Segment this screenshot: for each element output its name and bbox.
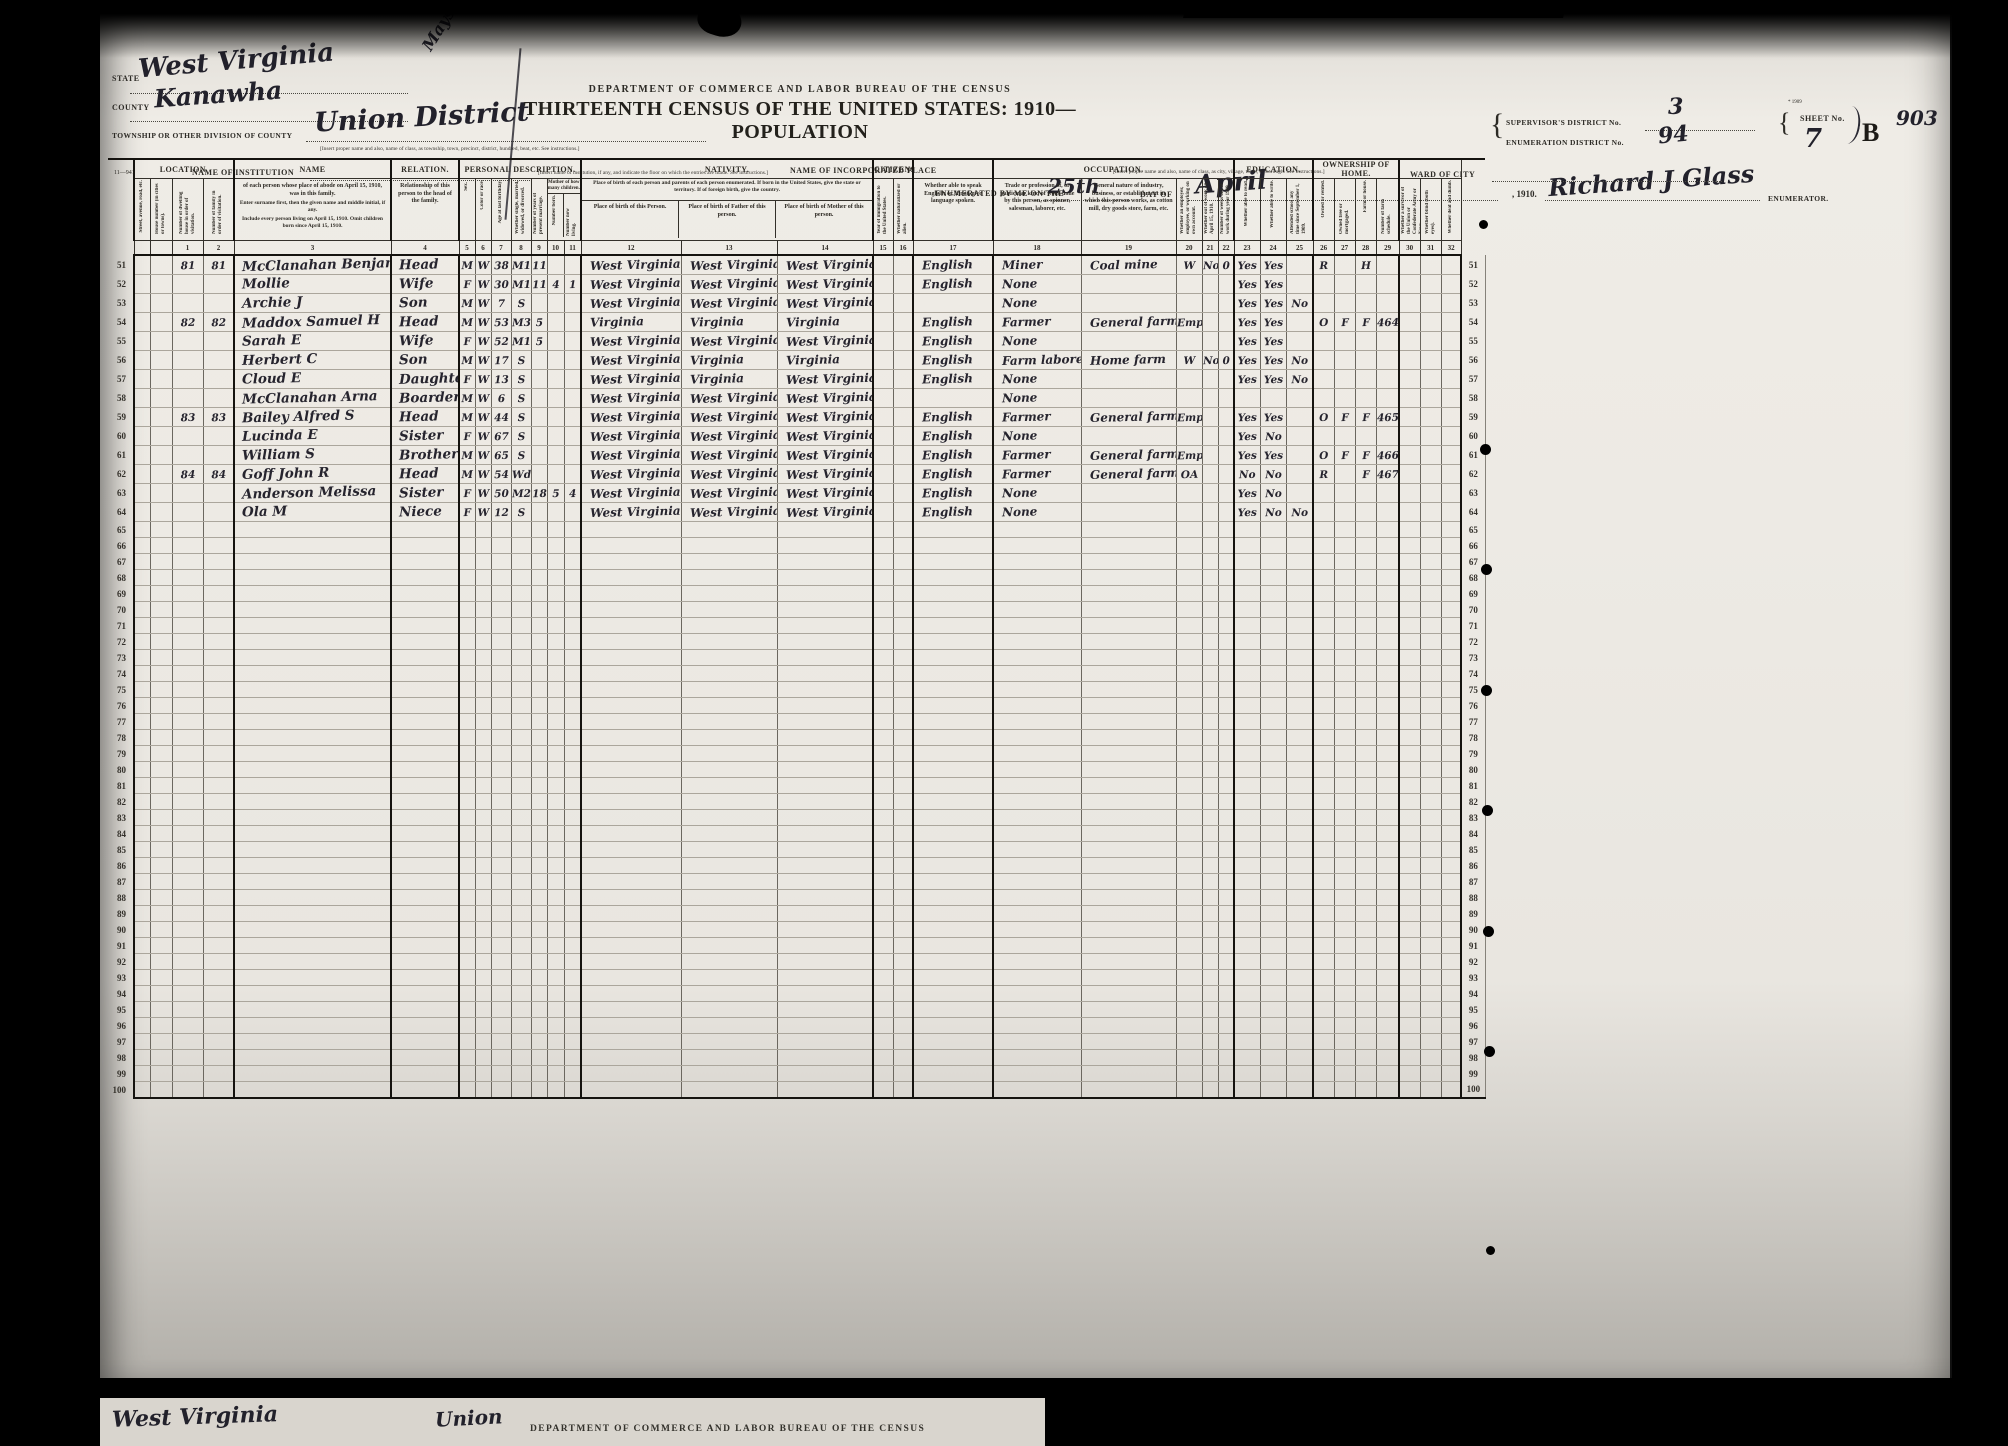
- cell-sex: M: [459, 446, 475, 465]
- cell-name: Cloud E: [234, 370, 391, 389]
- cell-out: [1202, 538, 1218, 554]
- cell-read: [1234, 1050, 1260, 1066]
- cell-dwelling: [172, 714, 203, 730]
- cell-years: [531, 351, 547, 370]
- cell-living: [564, 408, 581, 427]
- cell-born: [547, 666, 564, 682]
- cell-emp: [1176, 570, 1202, 586]
- cell-marital: [511, 1002, 531, 1018]
- cell-imm: [873, 666, 893, 682]
- cell-english: [913, 1050, 993, 1066]
- cell-industry: [1081, 858, 1176, 874]
- cell-pob: [581, 810, 681, 826]
- cell-owned: O: [1313, 408, 1334, 427]
- cell-trade: None: [993, 294, 1081, 313]
- cell-street: [134, 389, 150, 408]
- cell-color: [475, 586, 491, 602]
- handwritten-entry: 11: [531, 260, 546, 272]
- cell-emp: [1176, 842, 1202, 858]
- cell-relation: [391, 970, 459, 986]
- cell-dwelling: [172, 602, 203, 618]
- cell-blind: [1420, 938, 1441, 954]
- cell-years: [531, 890, 547, 906]
- cell-owned: [1313, 874, 1334, 890]
- cell-industry: [1081, 1050, 1176, 1066]
- cell-name: [234, 1034, 391, 1050]
- cell-fh: [1355, 938, 1376, 954]
- handwritten-entry: Home farm: [1081, 352, 1165, 368]
- cell-house: [150, 332, 172, 351]
- cell-street: [134, 970, 150, 986]
- cell-street: [134, 922, 150, 938]
- cell-blind: [1420, 666, 1441, 682]
- cell-relation: [391, 858, 459, 874]
- cell-read: Yes: [1234, 484, 1260, 503]
- cell-write: [1260, 954, 1286, 970]
- cell-imm: [873, 778, 893, 794]
- cell-deaf: [1441, 586, 1461, 602]
- handwritten-entry: English: [914, 352, 973, 368]
- cell-school: [1286, 634, 1313, 650]
- handwritten-entry: Head: [392, 465, 439, 482]
- cell-living: [564, 1066, 581, 1082]
- cell-family: [203, 389, 234, 408]
- cell-sex: [459, 922, 475, 938]
- cell-dwelling: 84: [172, 465, 203, 484]
- cell-deaf: [1441, 874, 1461, 890]
- cell-out: [1202, 1034, 1218, 1050]
- handwritten-entry: 466: [1376, 450, 1398, 463]
- cell-name: [234, 730, 391, 746]
- row-number-left: 75: [108, 682, 134, 698]
- column-head-relation: Relationship of this person to the head …: [391, 179, 459, 241]
- cell-out: [1202, 1050, 1218, 1066]
- cell-deaf: [1441, 650, 1461, 666]
- table-row: 100100: [108, 1082, 1485, 1099]
- cell-color: [475, 922, 491, 938]
- cell-industry: Coal mine: [1081, 255, 1176, 275]
- cell-free: [1334, 634, 1355, 650]
- cell-english: English: [913, 446, 993, 465]
- cell-pm: [777, 762, 873, 778]
- cell-sched: [1376, 922, 1399, 938]
- row-number-right: 89: [1461, 906, 1485, 922]
- row-number-right: 88: [1461, 890, 1485, 906]
- cell-weeks: [1218, 906, 1234, 922]
- cell-emp: [1176, 826, 1202, 842]
- row-number-left: 91: [108, 938, 134, 954]
- cell-pf: [681, 698, 777, 714]
- cell-nat: [893, 484, 913, 503]
- handwritten-entry: No: [1260, 507, 1285, 520]
- cell-pm: [777, 778, 873, 794]
- row-number-left: 80: [108, 762, 134, 778]
- handwritten-entry: W: [1176, 260, 1201, 273]
- cell-owned: [1313, 794, 1334, 810]
- cell-marital: S: [511, 294, 531, 313]
- cell-trade: [993, 890, 1081, 906]
- cell-family: [203, 427, 234, 446]
- handwritten-entry: F: [1334, 412, 1354, 425]
- cell-deaf: [1441, 522, 1461, 538]
- cell-living: [564, 970, 581, 986]
- film-edge-right: [1952, 0, 2008, 1446]
- cell-name: Mollie: [234, 275, 391, 294]
- cell-dwelling: [172, 970, 203, 986]
- cell-years: [531, 1034, 547, 1050]
- cell-nat: [893, 650, 913, 666]
- cell-weeks: [1218, 794, 1234, 810]
- cell-school: [1286, 446, 1313, 465]
- cell-street: [134, 351, 150, 370]
- table-row: 598383Bailey Alfred SHeadMW44SWest Virgi…: [108, 408, 1485, 427]
- cell-name: Herbert C: [234, 351, 391, 370]
- cell-imm: [873, 794, 893, 810]
- row-number-left: 89: [108, 906, 134, 922]
- cell-age: [491, 714, 511, 730]
- cell-born: 4: [547, 275, 564, 294]
- cell-living: [564, 465, 581, 484]
- handwritten-entry: W: [475, 374, 490, 386]
- cell-fh: [1355, 986, 1376, 1002]
- cell-emp: [1176, 730, 1202, 746]
- table-row: 6969: [108, 586, 1485, 602]
- cell-weeks: [1218, 522, 1234, 538]
- cell-read: Yes: [1234, 446, 1260, 465]
- cell-imm: [873, 746, 893, 762]
- cell-marital: S: [511, 446, 531, 465]
- cell-color: W: [475, 427, 491, 446]
- cell-born: [547, 954, 564, 970]
- cell-write: No: [1260, 465, 1286, 484]
- cell-deaf: [1441, 602, 1461, 618]
- cell-family: [203, 332, 234, 351]
- cell-owned: [1313, 602, 1334, 618]
- row-number-left: 97: [108, 1034, 134, 1050]
- cell-weeks: [1218, 922, 1234, 938]
- cell-relation: [391, 698, 459, 714]
- cell-blind: [1420, 1082, 1441, 1099]
- cell-pm: [777, 698, 873, 714]
- handwritten-entry: English: [914, 447, 973, 463]
- cell-sched: [1376, 986, 1399, 1002]
- cell-age: [491, 1050, 511, 1066]
- cell-read: [1234, 874, 1260, 890]
- cell-industry: [1081, 522, 1176, 538]
- handwritten-entry: West Virginia: [582, 352, 681, 369]
- cell-living: [564, 1018, 581, 1034]
- cell-age: [491, 1082, 511, 1099]
- cell-weeks: [1218, 313, 1234, 332]
- cell-out: [1202, 554, 1218, 570]
- cell-street: [134, 874, 150, 890]
- cell-industry: [1081, 778, 1176, 794]
- cell-age: 44: [491, 408, 511, 427]
- table-row: 7070: [108, 602, 1485, 618]
- row-number-left: 69: [108, 586, 134, 602]
- cell-years: [531, 618, 547, 634]
- cell-sex: F: [459, 275, 475, 294]
- cell-color: W: [475, 351, 491, 370]
- cell-trade: [993, 730, 1081, 746]
- cell-free: [1334, 602, 1355, 618]
- cell-house: [150, 1002, 172, 1018]
- cell-blind: [1420, 778, 1441, 794]
- cell-pob: [581, 730, 681, 746]
- cell-color: [475, 794, 491, 810]
- cell-street: [134, 427, 150, 446]
- cell-relation: [391, 730, 459, 746]
- cell-free: [1334, 842, 1355, 858]
- handwritten-entry: 4: [547, 279, 563, 291]
- cell-school: [1286, 255, 1313, 275]
- cell-nat: [893, 730, 913, 746]
- cell-english: [913, 794, 993, 810]
- cell-deaf: [1441, 427, 1461, 446]
- cell-house: [150, 522, 172, 538]
- column-head-sex: Sex.: [459, 179, 475, 241]
- column-number-blind: 31: [1420, 241, 1441, 256]
- film-streak: [1183, 0, 1567, 18]
- cell-relation: [391, 554, 459, 570]
- cell-relation: [391, 682, 459, 698]
- cell-blind: [1420, 255, 1441, 275]
- row-number-left: 86: [108, 858, 134, 874]
- cell-fh: F: [1355, 313, 1376, 332]
- cell-street: [134, 778, 150, 794]
- next-page-sliver: West Virginia Union DEPARTMENT OF COMMER…: [100, 1398, 1045, 1446]
- cell-emp: [1176, 389, 1202, 408]
- cell-name: Archie J: [234, 294, 391, 313]
- row-number-right: 92: [1461, 954, 1485, 970]
- cell-pob: West Virginia: [581, 503, 681, 522]
- cell-imm: [873, 1002, 893, 1018]
- cell-sched: [1376, 634, 1399, 650]
- cell-read: [1234, 1002, 1260, 1018]
- handwritten-entry: McClanahan Benjamin: [235, 255, 391, 275]
- cell-fh: [1355, 1034, 1376, 1050]
- supervisor-district-label: SUPERVISOR'S DISTRICT No.: [1506, 118, 1621, 127]
- column-number-sex: 5: [459, 241, 475, 256]
- cell-trade: [993, 618, 1081, 634]
- cell-fh: [1355, 906, 1376, 922]
- cell-read: Yes: [1234, 313, 1260, 332]
- cell-sched: [1376, 294, 1399, 313]
- cell-pm: West Virginia: [777, 446, 873, 465]
- cell-street: [134, 538, 150, 554]
- cell-war: [1399, 570, 1420, 586]
- cell-deaf: [1441, 503, 1461, 522]
- cell-pf: [681, 810, 777, 826]
- cell-sched: [1376, 586, 1399, 602]
- cell-color: [475, 682, 491, 698]
- cell-owned: [1313, 503, 1334, 522]
- cell-sex: [459, 634, 475, 650]
- cell-read: [1234, 586, 1260, 602]
- cell-pf: [681, 746, 777, 762]
- cell-weeks: [1218, 1018, 1234, 1034]
- cell-name: [234, 1018, 391, 1034]
- cell-war: [1399, 465, 1420, 484]
- cell-war: [1399, 874, 1420, 890]
- handwritten-entry: West Virginia: [582, 295, 681, 312]
- cell-living: [564, 522, 581, 538]
- cell-name: [234, 1082, 391, 1099]
- cell-born: [547, 826, 564, 842]
- table-row: 8080: [108, 762, 1485, 778]
- handwritten-entry: 52: [491, 336, 510, 348]
- cell-english: [913, 1066, 993, 1082]
- cell-living: [564, 682, 581, 698]
- cell-imm: [873, 938, 893, 954]
- row-number-left: 58: [108, 389, 134, 408]
- cell-emp: [1176, 682, 1202, 698]
- handwritten-entry: Yes: [1260, 374, 1285, 387]
- cell-nat: [893, 938, 913, 954]
- cell-family: [203, 618, 234, 634]
- cell-dwelling: [172, 922, 203, 938]
- cell-deaf: [1441, 922, 1461, 938]
- cell-age: [491, 1002, 511, 1018]
- cell-free: [1334, 427, 1355, 446]
- cell-name: [234, 794, 391, 810]
- film-dot: [1481, 564, 1492, 575]
- cell-marital: [511, 1050, 531, 1066]
- table-row: 7373: [108, 650, 1485, 666]
- cell-born: [547, 794, 564, 810]
- cell-years: [531, 730, 547, 746]
- cell-fh: [1355, 538, 1376, 554]
- cell-blind: [1420, 698, 1441, 714]
- cell-pm: [777, 554, 873, 570]
- handwritten-entry: Yes: [1235, 431, 1260, 444]
- cell-dwelling: [172, 484, 203, 503]
- cell-weeks: [1218, 618, 1234, 634]
- cell-deaf: [1441, 446, 1461, 465]
- handwritten-entry: M1: [511, 279, 530, 291]
- cell-war: [1399, 389, 1420, 408]
- cell-deaf: [1441, 906, 1461, 922]
- cell-color: [475, 602, 491, 618]
- cell-trade: Miner: [993, 255, 1081, 275]
- cell-read: [1234, 389, 1260, 408]
- cell-nat: [893, 922, 913, 938]
- cell-dwelling: [172, 554, 203, 570]
- cell-industry: [1081, 634, 1176, 650]
- cell-living: 4: [564, 484, 581, 503]
- table-row: 6767: [108, 554, 1485, 570]
- cell-pf: [681, 890, 777, 906]
- table-row: 9595: [108, 1002, 1485, 1018]
- cell-emp: [1176, 602, 1202, 618]
- cell-pob: [581, 570, 681, 586]
- ward-rule: [1492, 181, 1722, 182]
- cell-owned: [1313, 351, 1334, 370]
- cell-family: [203, 746, 234, 762]
- handwritten-entry: Virginia: [681, 371, 743, 387]
- cell-color: [475, 522, 491, 538]
- cell-pf: [681, 954, 777, 970]
- cell-living: [564, 954, 581, 970]
- cell-street: [134, 503, 150, 522]
- cell-pm: West Virginia: [777, 389, 873, 408]
- cell-years: [531, 650, 547, 666]
- cell-marital: [511, 666, 531, 682]
- cell-trade: [993, 586, 1081, 602]
- cell-age: 17: [491, 351, 511, 370]
- cell-years: [531, 294, 547, 313]
- cell-pf: West Virginia: [681, 332, 777, 351]
- cell-trade: [993, 986, 1081, 1002]
- cell-school: [1286, 538, 1313, 554]
- cell-owned: O: [1313, 313, 1334, 332]
- cell-pob: [581, 890, 681, 906]
- cell-sex: [459, 826, 475, 842]
- row-number-left: 60: [108, 427, 134, 446]
- cell-war: [1399, 313, 1420, 332]
- cell-pm: [777, 682, 873, 698]
- cell-color: W: [475, 275, 491, 294]
- cell-blind: [1420, 275, 1441, 294]
- cell-free: [1334, 954, 1355, 970]
- cell-fh: [1355, 970, 1376, 986]
- cell-blind: [1420, 484, 1441, 503]
- cell-fh: [1355, 874, 1376, 890]
- column-head-fh: Farm or house.: [1355, 179, 1376, 241]
- cell-imm: [873, 351, 893, 370]
- cell-emp: [1176, 698, 1202, 714]
- cell-imm: [873, 427, 893, 446]
- cell-house: [150, 922, 172, 938]
- cell-sex: [459, 762, 475, 778]
- handwritten-entry: West Virginia: [681, 504, 777, 521]
- cell-out: [1202, 986, 1218, 1002]
- cell-war: [1399, 1034, 1420, 1050]
- row-number-right: 85: [1461, 842, 1485, 858]
- cell-fh: H: [1355, 255, 1376, 275]
- column-number-school: 25: [1286, 241, 1313, 256]
- table-row: 518181McClanahan BenjaminHeadMW38M111Wes…: [108, 255, 1485, 275]
- cell-house: [150, 465, 172, 484]
- table-row: 8585: [108, 842, 1485, 858]
- row-number-right: 96: [1461, 1018, 1485, 1034]
- cell-owned: [1313, 618, 1334, 634]
- cell-nat: [893, 762, 913, 778]
- cell-nat: [893, 794, 913, 810]
- cell-trade: [993, 666, 1081, 682]
- cell-weeks: [1218, 650, 1234, 666]
- cell-age: [491, 938, 511, 954]
- column-number-imm: 15: [873, 241, 893, 256]
- cell-weeks: [1218, 1066, 1234, 1082]
- cell-pob: [581, 938, 681, 954]
- table-row: 8989: [108, 906, 1485, 922]
- cell-relation: Son: [391, 294, 459, 313]
- cell-blind: [1420, 746, 1441, 762]
- cell-fh: [1355, 503, 1376, 522]
- column-number-house: [150, 241, 172, 256]
- cell-sex: [459, 970, 475, 986]
- cell-industry: [1081, 1002, 1176, 1018]
- cell-house: [150, 294, 172, 313]
- cell-pob: West Virginia: [581, 294, 681, 313]
- cell-fh: [1355, 858, 1376, 874]
- cell-marital: S: [511, 389, 531, 408]
- cell-english: [913, 570, 993, 586]
- cell-free: [1334, 370, 1355, 389]
- cell-pf: [681, 618, 777, 634]
- table-row: 7979: [108, 746, 1485, 762]
